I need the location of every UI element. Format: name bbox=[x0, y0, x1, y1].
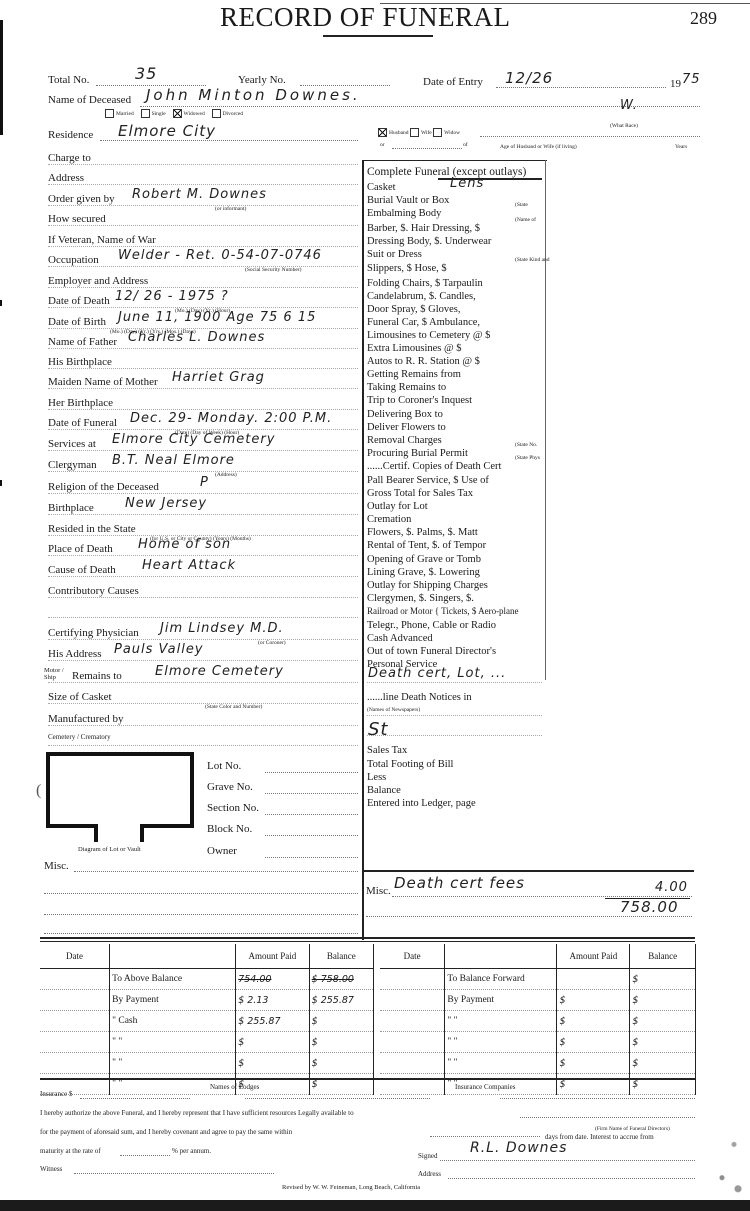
charge-blank-line[interactable] bbox=[367, 735, 542, 736]
resided-in-the-state-label: Resided in the State bbox=[48, 523, 136, 535]
ledger-balance[interactable]: $ bbox=[309, 1032, 373, 1053]
grave-no-field[interactable] bbox=[265, 793, 358, 794]
order-given-by-label: Order given by bbox=[48, 193, 115, 205]
spouse-or-line bbox=[392, 148, 462, 149]
date-of-death-value[interactable]: 12/ 26 - 1975 ? bbox=[115, 289, 229, 304]
charge-railroad-or-motor-tickets-aero-plane[interactable]: Railroad or Motor { Tickets, $ Aero-plan… bbox=[367, 606, 545, 616]
ledger-row: To Balance Forward$ bbox=[380, 969, 696, 990]
ledger-date-cell[interactable] bbox=[380, 1074, 445, 1095]
ledger-header-balance: Balance bbox=[630, 944, 696, 969]
ledger-amount-paid[interactable]: $ bbox=[236, 1053, 309, 1074]
ledger-date-cell[interactable] bbox=[40, 990, 110, 1011]
ledger-header-description bbox=[445, 944, 557, 969]
ledger-amount-paid[interactable]: $ bbox=[557, 990, 630, 1011]
ledger-header-date: Date bbox=[40, 944, 110, 969]
size-of-casket-label: Size of Casket bbox=[48, 691, 112, 703]
religion-of-the-deceased-value[interactable]: P bbox=[200, 475, 209, 490]
days-line[interactable] bbox=[430, 1136, 540, 1137]
charge-funeral-car-ambulance[interactable]: Funeral Car, $ Ambulance, bbox=[367, 317, 545, 328]
witness-label: Witness bbox=[40, 1165, 62, 1173]
ledger-balance[interactable]: $ 758.00 bbox=[309, 969, 373, 990]
maiden-name-of-mother-value[interactable]: Harriet Grag bbox=[172, 370, 265, 385]
date-of-birth-field[interactable] bbox=[48, 328, 358, 329]
ledger-date-cell[interactable] bbox=[40, 1053, 110, 1074]
charge-outlay-for-shipping-charges[interactable]: Outlay for Shipping Charges bbox=[367, 580, 545, 591]
charge-cremation[interactable]: Cremation bbox=[367, 514, 545, 525]
address-field[interactable] bbox=[48, 184, 358, 185]
ledger-amount-paid[interactable]: 754.00 bbox=[236, 969, 309, 990]
date-of-birth-value[interactable]: June 11, 1900 Age 75 6 15 bbox=[118, 310, 316, 325]
charge-less[interactable]: Less bbox=[367, 772, 545, 783]
residence-value[interactable]: Elmore City bbox=[118, 122, 216, 140]
services-at-label: Services at bbox=[48, 438, 96, 450]
size-of-casket-caption: (State Color and Number) bbox=[205, 704, 262, 710]
checkbox-wife[interactable]: Wife bbox=[410, 130, 432, 136]
certifying-physician-label: Certifying Physician bbox=[48, 627, 139, 639]
ledger-description: By Payment bbox=[445, 990, 557, 1011]
race-caption: (What Race) bbox=[610, 123, 638, 129]
lot-diagram-base-left bbox=[46, 824, 98, 828]
ledger-row: To Above Balance754.00$ 758.00 bbox=[40, 969, 374, 990]
her-birthplace-field[interactable] bbox=[48, 409, 358, 410]
employer-and-address-label: Employer and Address bbox=[48, 275, 148, 287]
his-address-field[interactable] bbox=[48, 660, 358, 661]
charge-cash-advanced[interactable]: Cash Advanced bbox=[367, 633, 545, 644]
charge-gross-total-for-sales-tax[interactable]: Gross Total for Sales Tax bbox=[367, 488, 545, 499]
lot-diagram-base-right bbox=[140, 824, 194, 828]
lot-diagram-stem-left bbox=[94, 824, 98, 842]
birthplace-label: Birthplace bbox=[48, 502, 94, 514]
certifying-physician-caption: (or Coroner) bbox=[258, 640, 286, 646]
lot-no-field[interactable] bbox=[265, 772, 358, 773]
ledger-bottom-rule bbox=[40, 1078, 695, 1080]
ledger-description: " " bbox=[110, 1032, 236, 1053]
ledger-description: To Balance Forward bbox=[445, 969, 557, 990]
misc-right-divider bbox=[364, 870, 694, 872]
per-annum-text: % per annum. bbox=[172, 1147, 211, 1155]
ledger-description: " " bbox=[110, 1053, 236, 1074]
occupation-value[interactable]: Welder - Ret. 0-54-07-0746 bbox=[118, 248, 322, 263]
spouse-of: of bbox=[463, 142, 468, 148]
charge-line-death-notices-in[interactable]: ......line Death Notices in bbox=[367, 692, 545, 703]
ledger-balance[interactable]: $ 255.87 bbox=[309, 990, 373, 1011]
insurance-companies-label: Insurance Companies bbox=[455, 1083, 505, 1091]
services-at-field[interactable] bbox=[48, 450, 358, 451]
ledger-balance[interactable]: $ bbox=[630, 990, 696, 1011]
charge-slippers-hose-caption: (State Kind and bbox=[515, 257, 550, 263]
date-of-entry-label: Date of Entry bbox=[423, 76, 483, 88]
date-of-death-label: Date of Death bbox=[48, 295, 110, 307]
occupation-caption: (Social Security Number) bbox=[245, 267, 302, 273]
ledger-balance[interactable]: $ bbox=[630, 1032, 696, 1053]
charge-opening-of-grave-or-tomb[interactable]: Opening of Grave or Tomb bbox=[367, 554, 545, 565]
block-no-field[interactable] bbox=[265, 835, 358, 836]
birthplace-field[interactable] bbox=[48, 514, 358, 515]
contributory-causes-field[interactable] bbox=[48, 597, 358, 598]
charge-entered-into-ledger-page[interactable]: Entered into Ledger, page bbox=[367, 798, 545, 809]
manufactured-by-field[interactable] bbox=[48, 725, 358, 726]
ledger-balance[interactable]: $ bbox=[309, 1011, 373, 1032]
residence-line bbox=[100, 140, 358, 141]
cause-of-death-value[interactable]: Heart Attack bbox=[142, 558, 236, 573]
ledger-amount-paid[interactable]: $ bbox=[557, 1032, 630, 1053]
owner-label: Owner bbox=[207, 845, 237, 857]
charge-blank-value[interactable]: St bbox=[368, 719, 388, 740]
ledger-amount-paid[interactable]: $ 2.13 bbox=[236, 990, 309, 1011]
ledger-date-cell[interactable] bbox=[380, 1032, 445, 1053]
misc-left-line-1[interactable] bbox=[74, 871, 358, 872]
lot-diagram bbox=[46, 752, 194, 824]
insurance-line[interactable] bbox=[80, 1098, 190, 1099]
lot-diagram-stem-right bbox=[140, 824, 144, 842]
charge-candelabrum-candles[interactable]: Candelabrum, $. Candles, bbox=[367, 291, 545, 302]
misc-right-total[interactable]: 758.00 bbox=[620, 898, 679, 916]
charge-balance[interactable]: Balance bbox=[367, 785, 545, 796]
section-no-label: Section No. bbox=[207, 802, 259, 814]
ledger-header-amount-paid: Amount Paid bbox=[236, 944, 309, 969]
revised-by: Revised by W. W. Feineman, Long Beach, C… bbox=[282, 1184, 420, 1191]
maturity-text: maturity at the rate of bbox=[40, 1147, 101, 1155]
cause-of-death-label: Cause of Death bbox=[48, 564, 116, 576]
charge-blank-line[interactable] bbox=[367, 715, 542, 716]
ledger-date-cell[interactable] bbox=[380, 990, 445, 1011]
name-of-deceased-value[interactable]: John Minton Downes. bbox=[146, 86, 361, 104]
certifying-physician-value[interactable]: Jim Lindsey M.D. bbox=[160, 621, 284, 636]
checkbox-single[interactable]: Single bbox=[141, 111, 166, 117]
his-address-value[interactable]: Pauls Valley bbox=[114, 642, 204, 657]
cemetery-crematory-label: Cemetery / Crematory bbox=[48, 733, 111, 741]
date-entry-line bbox=[496, 87, 666, 88]
ledger-row: " "$$ bbox=[380, 1032, 696, 1053]
order-given-by-caption: (or informant) bbox=[215, 206, 246, 212]
ledger-description: " " bbox=[445, 1053, 557, 1074]
checkbox-married[interactable]: Married bbox=[105, 111, 134, 117]
name-line bbox=[140, 106, 700, 107]
size-of-casket-field[interactable] bbox=[48, 703, 358, 704]
insurance-label: Insurance $ bbox=[40, 1090, 72, 1098]
her-birthplace-label: Her Birthplace bbox=[48, 397, 113, 409]
clergyman-field[interactable] bbox=[48, 471, 358, 472]
authorization-line-1: I hereby authorize the above Funeral, an… bbox=[40, 1109, 354, 1117]
year-suffix[interactable]: 75 bbox=[682, 72, 701, 87]
charge-barber-hair-dressing-caption: (Name of bbox=[515, 217, 536, 223]
order-given-by-field[interactable] bbox=[48, 205, 358, 206]
ledger-balance[interactable]: $ bbox=[630, 1011, 696, 1032]
date-of-funeral-value[interactable]: Dec. 29- Monday. 2:00 P.M. bbox=[130, 411, 332, 426]
ledger-top-rule bbox=[40, 937, 695, 939]
name-of-father-value[interactable]: Charles L. Downes bbox=[128, 330, 265, 345]
ledger-table-left: DateAmount PaidBalanceTo Above Balance75… bbox=[40, 944, 374, 1095]
ledger-amount-paid[interactable]: $ bbox=[236, 1032, 309, 1053]
charge-taking-remains-to[interactable]: Taking Remains to bbox=[367, 382, 545, 393]
ledger-header-balance: Balance bbox=[309, 944, 373, 969]
misc-right-value[interactable]: Death cert fees bbox=[394, 874, 525, 892]
ledger-date-cell[interactable] bbox=[380, 969, 445, 990]
charge-pall-bearer-service-use-of[interactable]: Pall Bearer Service, $ Use of bbox=[367, 475, 545, 486]
firm-name-line[interactable] bbox=[520, 1117, 695, 1118]
checkbox-widow[interactable]: Widow bbox=[433, 130, 460, 136]
checkbox-divorced[interactable]: Divorced bbox=[212, 111, 243, 117]
right-column-border bbox=[362, 160, 364, 940]
charge-getting-remains-from[interactable]: Getting Remains from bbox=[367, 369, 545, 380]
misc-left-line-2[interactable] bbox=[44, 893, 358, 894]
charge-blank-caption: (Names of Newspapers) bbox=[367, 707, 420, 713]
charge-certif-copies-of-death-cert-caption: (State Phys bbox=[515, 455, 540, 461]
charge-embalming-body-caption: (State bbox=[515, 202, 528, 208]
misc-right-label: Misc. bbox=[366, 885, 391, 897]
contributory-causes-label: Contributory Causes bbox=[48, 585, 139, 597]
charge-telegr-phone-cable-or-radio[interactable]: Telegr., Phone, Cable or Radio bbox=[367, 620, 545, 631]
spouse-or: or bbox=[380, 142, 385, 148]
page-number: 289 bbox=[690, 8, 717, 29]
ledger-date-cell[interactable] bbox=[380, 1011, 445, 1032]
clergyman-caption: (Address) bbox=[215, 472, 237, 478]
ledger-balance[interactable]: $ bbox=[309, 1053, 373, 1074]
right-column-top-rule bbox=[362, 160, 547, 161]
ledger-balance[interactable]: $ bbox=[309, 1074, 373, 1095]
spouse-line bbox=[480, 136, 700, 137]
how-secured-label: How secured bbox=[48, 213, 106, 225]
ledger-amount-paid[interactable]: $ bbox=[557, 1011, 630, 1032]
residence-label: Residence bbox=[48, 129, 93, 141]
charge-door-spray-gloves[interactable]: Door Spray, $ Gloves, bbox=[367, 304, 545, 315]
ledger-row: By Payment$ 2.13$ 255.87 bbox=[40, 990, 374, 1011]
ledger-amount-paid[interactable] bbox=[557, 969, 630, 990]
place-of-death-field[interactable] bbox=[48, 555, 358, 556]
ledger-row: " Cash$ 255.87$ bbox=[40, 1011, 374, 1032]
charge-procuring-burial-permit-caption: (State No. bbox=[515, 442, 537, 448]
charge-rental-of-tent-of-tempor[interactable]: Rental of Tent, $. of Tempor bbox=[367, 540, 545, 551]
race-value[interactable]: W. bbox=[620, 98, 638, 113]
block-no-label: Block No. bbox=[207, 823, 252, 835]
lodges-line[interactable] bbox=[245, 1098, 430, 1099]
scan-edge-mark bbox=[0, 20, 3, 135]
charge-deliver-flowers-to[interactable]: Deliver Flowers to bbox=[367, 422, 545, 433]
charge-extra-limousines[interactable]: Extra Limousines @ $ bbox=[367, 343, 545, 354]
address-line[interactable] bbox=[448, 1178, 695, 1179]
year-prefix: 19 bbox=[670, 78, 681, 90]
if-veteran-name-of-war-field[interactable] bbox=[48, 246, 358, 247]
charge-blank-value[interactable]: Death cert, Lot, ... bbox=[368, 666, 506, 681]
ledger-top-rule-2 bbox=[40, 941, 695, 942]
ledger-row: " "$$ bbox=[40, 1053, 374, 1074]
ledger-date-cell[interactable] bbox=[40, 1011, 110, 1032]
religion-of-the-deceased-field[interactable] bbox=[48, 493, 358, 494]
blank-field[interactable] bbox=[48, 617, 358, 618]
occupation-label: Occupation bbox=[48, 254, 99, 266]
remains-to-label: Remains to bbox=[72, 670, 122, 682]
scan-noise bbox=[710, 1100, 750, 1211]
if-veteran-name-of-war-label: If Veteran, Name of War bbox=[48, 234, 156, 246]
his-birthplace-field[interactable] bbox=[48, 368, 358, 369]
religion-of-the-deceased-label: Religion of the Deceased bbox=[48, 481, 159, 493]
age-spouse-label: Age of Husband or Wife (if living) bbox=[500, 144, 577, 150]
ledger-amount-paid[interactable]: $ bbox=[557, 1053, 630, 1074]
scan-bottom-edge bbox=[0, 1200, 750, 1211]
remains-to-value[interactable]: Elmore Cemetery bbox=[155, 664, 284, 679]
services-at-value[interactable]: Elmore City Cemetery bbox=[112, 432, 275, 447]
ledger-row: " "$$ bbox=[40, 1032, 374, 1053]
total-no-label: Total No. bbox=[48, 74, 89, 86]
rate-line[interactable] bbox=[120, 1155, 170, 1156]
charge-to-label: Charge to bbox=[48, 152, 91, 164]
grave-no-label: Grave No. bbox=[207, 781, 253, 793]
address-label: Address bbox=[418, 1170, 441, 1178]
charge-clergymen-singers[interactable]: Clergymen, $. Singers, $. bbox=[367, 593, 545, 604]
ledger-amount-paid[interactable]: $ bbox=[557, 1074, 630, 1095]
checkbox-husband[interactable]: Husband bbox=[378, 130, 409, 136]
misc-left-label: Misc. bbox=[44, 860, 69, 872]
name-of-deceased-label: Name of Deceased bbox=[48, 94, 131, 106]
ledger-balance[interactable]: $ bbox=[630, 969, 696, 990]
section-no-field[interactable] bbox=[265, 814, 358, 815]
ledger-header-amount-paid: Amount Paid bbox=[557, 944, 630, 969]
authorization-line-2: for the payment of aforesaid sum, and I … bbox=[40, 1128, 292, 1136]
lodges-label: Names of Lodges bbox=[210, 1083, 250, 1091]
charge-delivering-box-to[interactable]: Delivering Box to bbox=[367, 409, 545, 420]
name-of-father-label: Name of Father bbox=[48, 336, 117, 348]
ledger-description: By Payment bbox=[110, 990, 236, 1011]
address-label: Address bbox=[48, 172, 84, 184]
maiden-name-of-mother-label: Maiden Name of Mother bbox=[48, 376, 158, 388]
manufactured-by-label: Manufactured by bbox=[48, 713, 123, 725]
remains-to-prefix: Motor / Ship bbox=[44, 667, 64, 681]
charge-lining-grave-lowering[interactable]: Lining Grave, $. Lowering bbox=[367, 567, 545, 578]
marital-status-group: Married Single Widowed Divorced bbox=[105, 109, 243, 118]
remains-to-field[interactable] bbox=[48, 682, 358, 683]
form-title: RECORD OF FUNERAL bbox=[220, 2, 511, 33]
charge-barber-hair-dressing[interactable]: Barber, $. Hair Dressing, $ bbox=[367, 223, 545, 234]
firm-name-caption: (Firm Name of Funeral Directors) bbox=[595, 1126, 670, 1132]
signature: R.L. Downes bbox=[470, 1140, 567, 1156]
order-given-by-value[interactable]: Robert M. Downes bbox=[132, 187, 267, 202]
scan-edge-mark bbox=[0, 480, 2, 486]
charge-flowers-palms-matt[interactable]: Flowers, $. Palms, $. Matt bbox=[367, 527, 545, 538]
charge-trip-to-coroner-s-inquest[interactable]: Trip to Coroner's Inquest bbox=[367, 395, 545, 406]
ledger-date-cell[interactable] bbox=[40, 1032, 110, 1053]
ledger-description: To Above Balance bbox=[110, 969, 236, 990]
yearly-no-label: Yearly No. bbox=[238, 74, 286, 86]
ledger-description: " Cash bbox=[110, 1011, 236, 1032]
ledger-header-description bbox=[110, 944, 236, 969]
place-of-death-value[interactable]: Home of son bbox=[138, 537, 231, 552]
insurance-companies-line[interactable] bbox=[500, 1098, 695, 1099]
age-spouse-years: Years bbox=[675, 144, 687, 150]
charge-dressing-body-underwear[interactable]: Dressing Body, $. Underwear bbox=[367, 236, 545, 247]
charge-to-field[interactable] bbox=[48, 164, 358, 165]
ledger-balance[interactable]: $ bbox=[630, 1053, 696, 1074]
employer-and-address-field[interactable] bbox=[48, 287, 358, 288]
his-address-label: His Address bbox=[48, 648, 101, 660]
charge-total-footing-of-bill[interactable]: Total Footing of Bill bbox=[367, 759, 545, 770]
ledger-description: " " bbox=[445, 1032, 557, 1053]
date-of-funeral-label: Date of Funeral bbox=[48, 417, 117, 429]
ledger-date-cell[interactable] bbox=[40, 969, 110, 990]
scan-edge-mark bbox=[0, 300, 2, 306]
ledger-balance[interactable]: $ bbox=[630, 1074, 696, 1095]
charge-folding-chairs-tarpaulin[interactable]: Folding Chairs, $ Tarpaulin bbox=[367, 278, 545, 289]
ledger-amount-paid[interactable]: $ 255.87 bbox=[236, 1011, 309, 1032]
occupation-field[interactable] bbox=[48, 266, 358, 267]
title-underline bbox=[323, 35, 433, 37]
ledger-header-date: Date bbox=[380, 944, 445, 969]
charge-limousines-to-cemetery[interactable]: Limousines to Cemetery @ $ bbox=[367, 330, 545, 341]
misc-left-line-4[interactable] bbox=[44, 933, 358, 934]
cause-of-death-field[interactable] bbox=[48, 576, 358, 577]
signed-line[interactable] bbox=[440, 1160, 695, 1161]
witness-line[interactable] bbox=[74, 1173, 274, 1174]
date-of-birth-label: Date of Birth bbox=[48, 316, 106, 328]
ledger-row: " "$$ bbox=[380, 1011, 696, 1032]
margin-mark: ( bbox=[36, 782, 41, 800]
certifying-physician-field[interactable] bbox=[48, 639, 358, 640]
name-of-father-field[interactable] bbox=[48, 348, 358, 349]
total-no-value[interactable]: 35 bbox=[135, 64, 157, 83]
ledger-description: " " bbox=[445, 1011, 557, 1032]
how-secured-field[interactable] bbox=[48, 225, 358, 226]
ledger-date-cell[interactable] bbox=[380, 1053, 445, 1074]
maiden-name-of-mother-field[interactable] bbox=[48, 388, 358, 389]
charge-autos-to-r-r-station[interactable]: Autos to R. R. Station @ $ bbox=[367, 356, 545, 367]
cemetery-crematory-field[interactable] bbox=[48, 745, 358, 746]
charge-blank-line[interactable] bbox=[367, 682, 542, 683]
owner-field[interactable] bbox=[265, 857, 358, 858]
checkbox-widowed[interactable]: Widowed bbox=[173, 111, 205, 117]
diagram-caption: Diagram of Lot or Vault bbox=[78, 846, 141, 853]
lot-no-label: Lot No. bbox=[207, 760, 241, 772]
misc-left-line-3[interactable] bbox=[44, 914, 358, 915]
charge-outlay-for-lot[interactable]: Outlay for Lot bbox=[367, 501, 545, 512]
ledger-row: " "$$ bbox=[380, 1053, 696, 1074]
signed-label: Signed bbox=[418, 1152, 437, 1160]
birthplace-value[interactable]: New Jersey bbox=[125, 496, 207, 511]
ledger-row: By Payment$$ bbox=[380, 990, 696, 1011]
misc-right-amount[interactable]: 4.00 bbox=[655, 880, 688, 895]
clergyman-value[interactable]: B.T. Neal Elmore bbox=[112, 453, 235, 468]
ledger-row: " "$$ bbox=[40, 1074, 374, 1095]
misc-right-line bbox=[392, 896, 692, 897]
right-column-right-edge bbox=[545, 160, 546, 680]
date-of-entry-value[interactable]: 12/26 bbox=[505, 69, 553, 87]
clergyman-label: Clergyman bbox=[48, 459, 97, 471]
ledger-table-right: DateAmount PaidBalanceTo Balance Forward… bbox=[380, 944, 696, 1095]
charge-slippers-hose[interactable]: Slippers, $ Hose, $ bbox=[367, 263, 545, 274]
charge-out-of-town-funeral-director-s[interactable]: Out of town Funeral Director's bbox=[367, 646, 545, 657]
charge-certif-copies-of-death-cert[interactable]: ......Certif. Copies of Death Cert bbox=[367, 461, 545, 472]
charge-casket-value[interactable]: Lens bbox=[450, 176, 484, 191]
place-of-death-label: Place of Death bbox=[48, 543, 113, 555]
spouse-checkbox-group: Husband Wife Widow bbox=[378, 128, 460, 137]
his-birthplace-label: His Birthplace bbox=[48, 356, 112, 368]
charge-sales-tax[interactable]: Sales Tax bbox=[367, 745, 545, 756]
ledger-row: " "$$ bbox=[380, 1074, 696, 1095]
misc-right-line-2 bbox=[366, 916, 692, 917]
